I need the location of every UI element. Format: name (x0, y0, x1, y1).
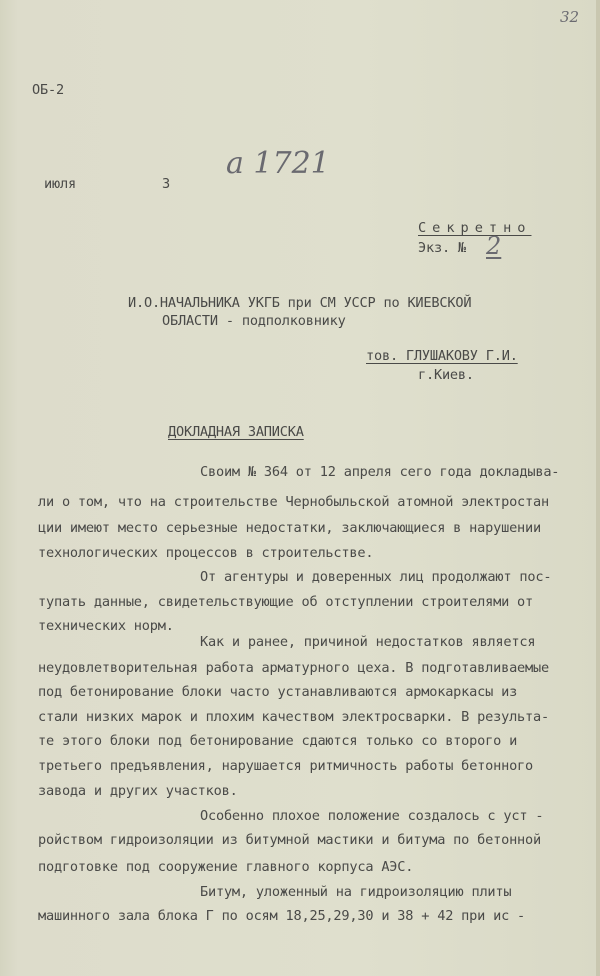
body-line: ли о том, что на строительстве Чернобыль… (38, 494, 549, 510)
body-line: завода и других участков. (38, 783, 238, 799)
document-page: 32 ОБ-2 июля 3 а 1721 Секретно Экз. № 2 … (0, 0, 600, 976)
body-line: технологических процессов в строительств… (38, 545, 373, 561)
document-title: ДОКЛАДНАЯ ЗАПИСКА (168, 424, 304, 440)
form-code: ОБ-2 (32, 82, 64, 98)
body-line: Своим № 364 от 12 апреля сего года докла… (200, 464, 559, 480)
body-line: под бетонирование блоки часто устанавлив… (38, 684, 517, 700)
body-line: машинного зала блока Г по осям 18,25,29,… (38, 908, 525, 924)
body-line: неудовлетворительная работа арматурного … (38, 660, 549, 676)
body-line: ции имеют место серьезные недостатки, за… (38, 520, 541, 536)
registration-number: а 1721 (226, 146, 330, 181)
body-line: ройством гидроизоляции из битумной масти… (38, 832, 541, 848)
body-line: третьего предъявления, нарушается ритмич… (38, 758, 533, 774)
sheet-number: 32 (560, 8, 579, 26)
addressee-city: г.Киев. (418, 367, 474, 383)
body-line: Как и ранее, причиной недостатков являет… (200, 634, 535, 650)
body-line: технических норм. (38, 618, 174, 634)
body-line: От агентуры и доверенных лиц продолжают … (200, 569, 551, 585)
copy-number: 2 (486, 232, 546, 260)
body-line: Особенно плохое положение создалось с ус… (200, 808, 543, 824)
addressee-line-2: ОБЛАСТИ - подполковнику (162, 313, 346, 329)
body-line: те этого блоки под бетонирование сдаются… (38, 733, 517, 749)
date-month: июля (44, 176, 76, 192)
body-line: тупать данные, свидетельствующие об отст… (38, 594, 533, 610)
body-line: подготовке под сооружение главного корпу… (38, 859, 413, 875)
date-day: 3 (162, 176, 170, 192)
body-line: стали низких марок и плохим качеством эл… (38, 709, 549, 725)
addressee-name: тов. ГЛУШАКОВУ Г.И. (366, 348, 518, 364)
addressee-line-1: И.О.НАЧАЛЬНИКА УКГБ при СМ УССР по КИЕВС… (128, 295, 471, 311)
copy-label: Экз. № (418, 240, 466, 256)
page-edge (596, 0, 600, 976)
body-line: Битум, уложенный на гидроизоляцию плиты (200, 884, 511, 900)
